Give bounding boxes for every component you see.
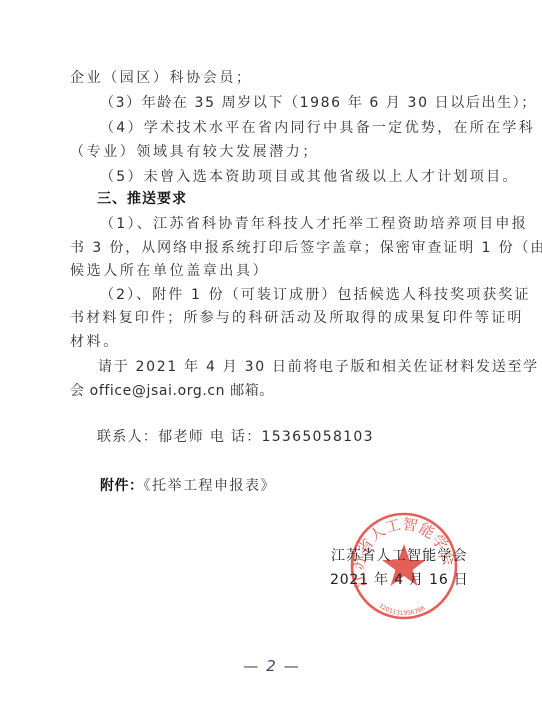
submission-item-1: （1）、江苏省科协青年科技人才托举工程资助培养项目申报 [100, 215, 528, 233]
requirement-item-5: （5）未曾入选本资助项目或其他省级以上人才计划项目。 [100, 168, 519, 186]
contact-line: 联系人：郁老师 电 话：15365058103 [97, 428, 374, 446]
paragraph-line: 企业（园区）科协会员； [70, 69, 253, 87]
submission-item-2: （2）、附件 1 份（可装订成册）包括候选人科技奖项获奖证 [100, 286, 531, 304]
paragraph-line: 书 3 份，从网络申报系统打印后签字盖章；保密审查证明 1 份（由 [70, 239, 542, 257]
paragraph-line: 书材料复印件；所参与的科研活动及所取得的成果复印件等证明 [70, 309, 524, 327]
page-number-value: 2 [258, 657, 284, 675]
signature-date: 2021 年 4 月 16 日 [330, 571, 469, 589]
deadline-paragraph: 请于 2021 年 4 月 30 日前将电子版和相关佐证材料发送至学 [98, 358, 539, 376]
attachment-title[interactable]: 《托举工程申报表》 [144, 478, 277, 494]
page-dash-right: — [284, 657, 299, 675]
section-heading: 三、推送要求 [97, 190, 187, 208]
signature-organization: 江苏省人工智能学会 [331, 547, 468, 565]
requirement-item-3: （3）年龄在 35 周岁以下（1986 年 6 月 30 日以后出生）； [100, 94, 537, 112]
page-number: —2— [0, 657, 542, 675]
requirement-item-4: （4）学术技术水平在省内同行中具备一定优势，在所在学科 [100, 119, 535, 137]
attachment-label: 附件： [100, 478, 144, 494]
official-seal-icon: 江苏省人工智能学会 3201131956786 [349, 511, 459, 621]
paragraph-line: 候选人所在单位盖章出具） [70, 262, 269, 280]
email-line: 会 office@jsai.org.cn 邮箱。 [70, 382, 274, 400]
paragraph-line: 材料。 [70, 333, 120, 351]
page-dash-left: — [243, 657, 258, 675]
attachment-line: 附件：《托举工程申报表》 [100, 477, 276, 495]
paragraph-line: （专业）领域具有较大发展潜力； [70, 143, 319, 161]
